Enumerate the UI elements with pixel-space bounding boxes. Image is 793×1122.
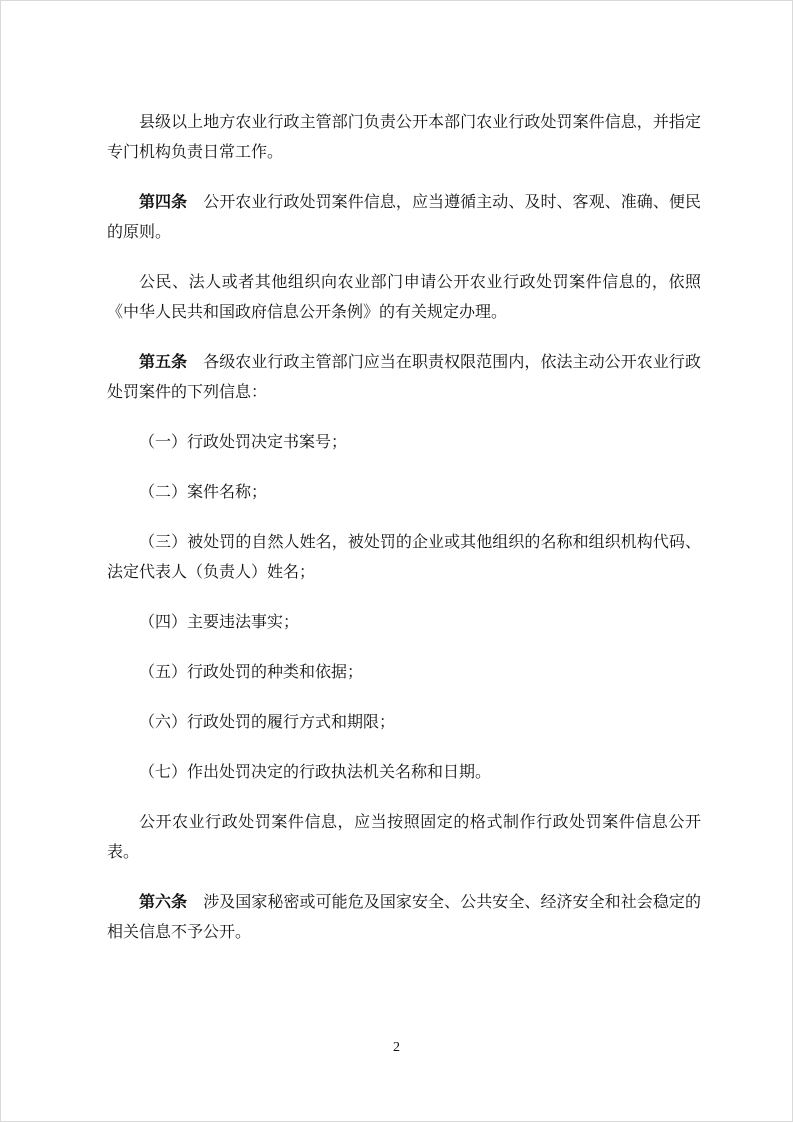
list-item-paragraph: （二）案件名称； — [107, 478, 701, 508]
page-number: 2 — [1, 1039, 792, 1057]
list-item-paragraph: （六）行政处罚的履行方式和期限； — [107, 708, 701, 738]
article-paragraph: 第六条涉及国家秘密或可能危及国家安全、公共安全、经济安全和社会稳定的相关信息不予… — [107, 888, 701, 948]
list-item-paragraph: （七）作出处罚决定的行政执法机关名称和日期。 — [107, 758, 701, 788]
body-paragraph: 县级以上地方农业行政主管部门负责公开本部门农业行政处罚案件信息，并指定专门机构负… — [107, 108, 701, 168]
article-paragraph: 第五条各级农业行政主管部门应当在职责权限范围内，依法主动公开农业行政处罚案件的下… — [107, 348, 701, 408]
article-number: 第五条 — [139, 354, 187, 371]
list-item-paragraph: （三）被处罚的自然人姓名，被处罚的企业或其他组织的名称和组织机构代码、法定代表人… — [107, 528, 701, 588]
document-page: 县级以上地方农业行政主管部门负责公开本部门农业行政处罚案件信息，并指定专门机构负… — [0, 0, 793, 1122]
list-item-paragraph: （四）主要违法事实； — [107, 608, 701, 638]
list-item-paragraph: （一）行政处罚决定书案号； — [107, 428, 701, 458]
article-paragraph: 第四条公开农业行政处罚案件信息，应当遵循主动、及时、客观、准确、便民的原则。 — [107, 188, 701, 248]
list-item-paragraph: （五）行政处罚的种类和依据； — [107, 658, 701, 688]
body-paragraph: 公民、法人或者其他组织向农业部门申请公开农业行政处罚案件信息的，依照《中华人民共… — [107, 268, 701, 328]
body-paragraph: 公开农业行政处罚案件信息，应当按照固定的格式制作行政处罚案件信息公开表。 — [107, 808, 701, 868]
article-number: 第六条 — [139, 894, 187, 911]
document-body: 县级以上地方农业行政主管部门负责公开本部门农业行政处罚案件信息，并指定专门机构负… — [107, 108, 701, 968]
article-number: 第四条 — [139, 194, 187, 211]
